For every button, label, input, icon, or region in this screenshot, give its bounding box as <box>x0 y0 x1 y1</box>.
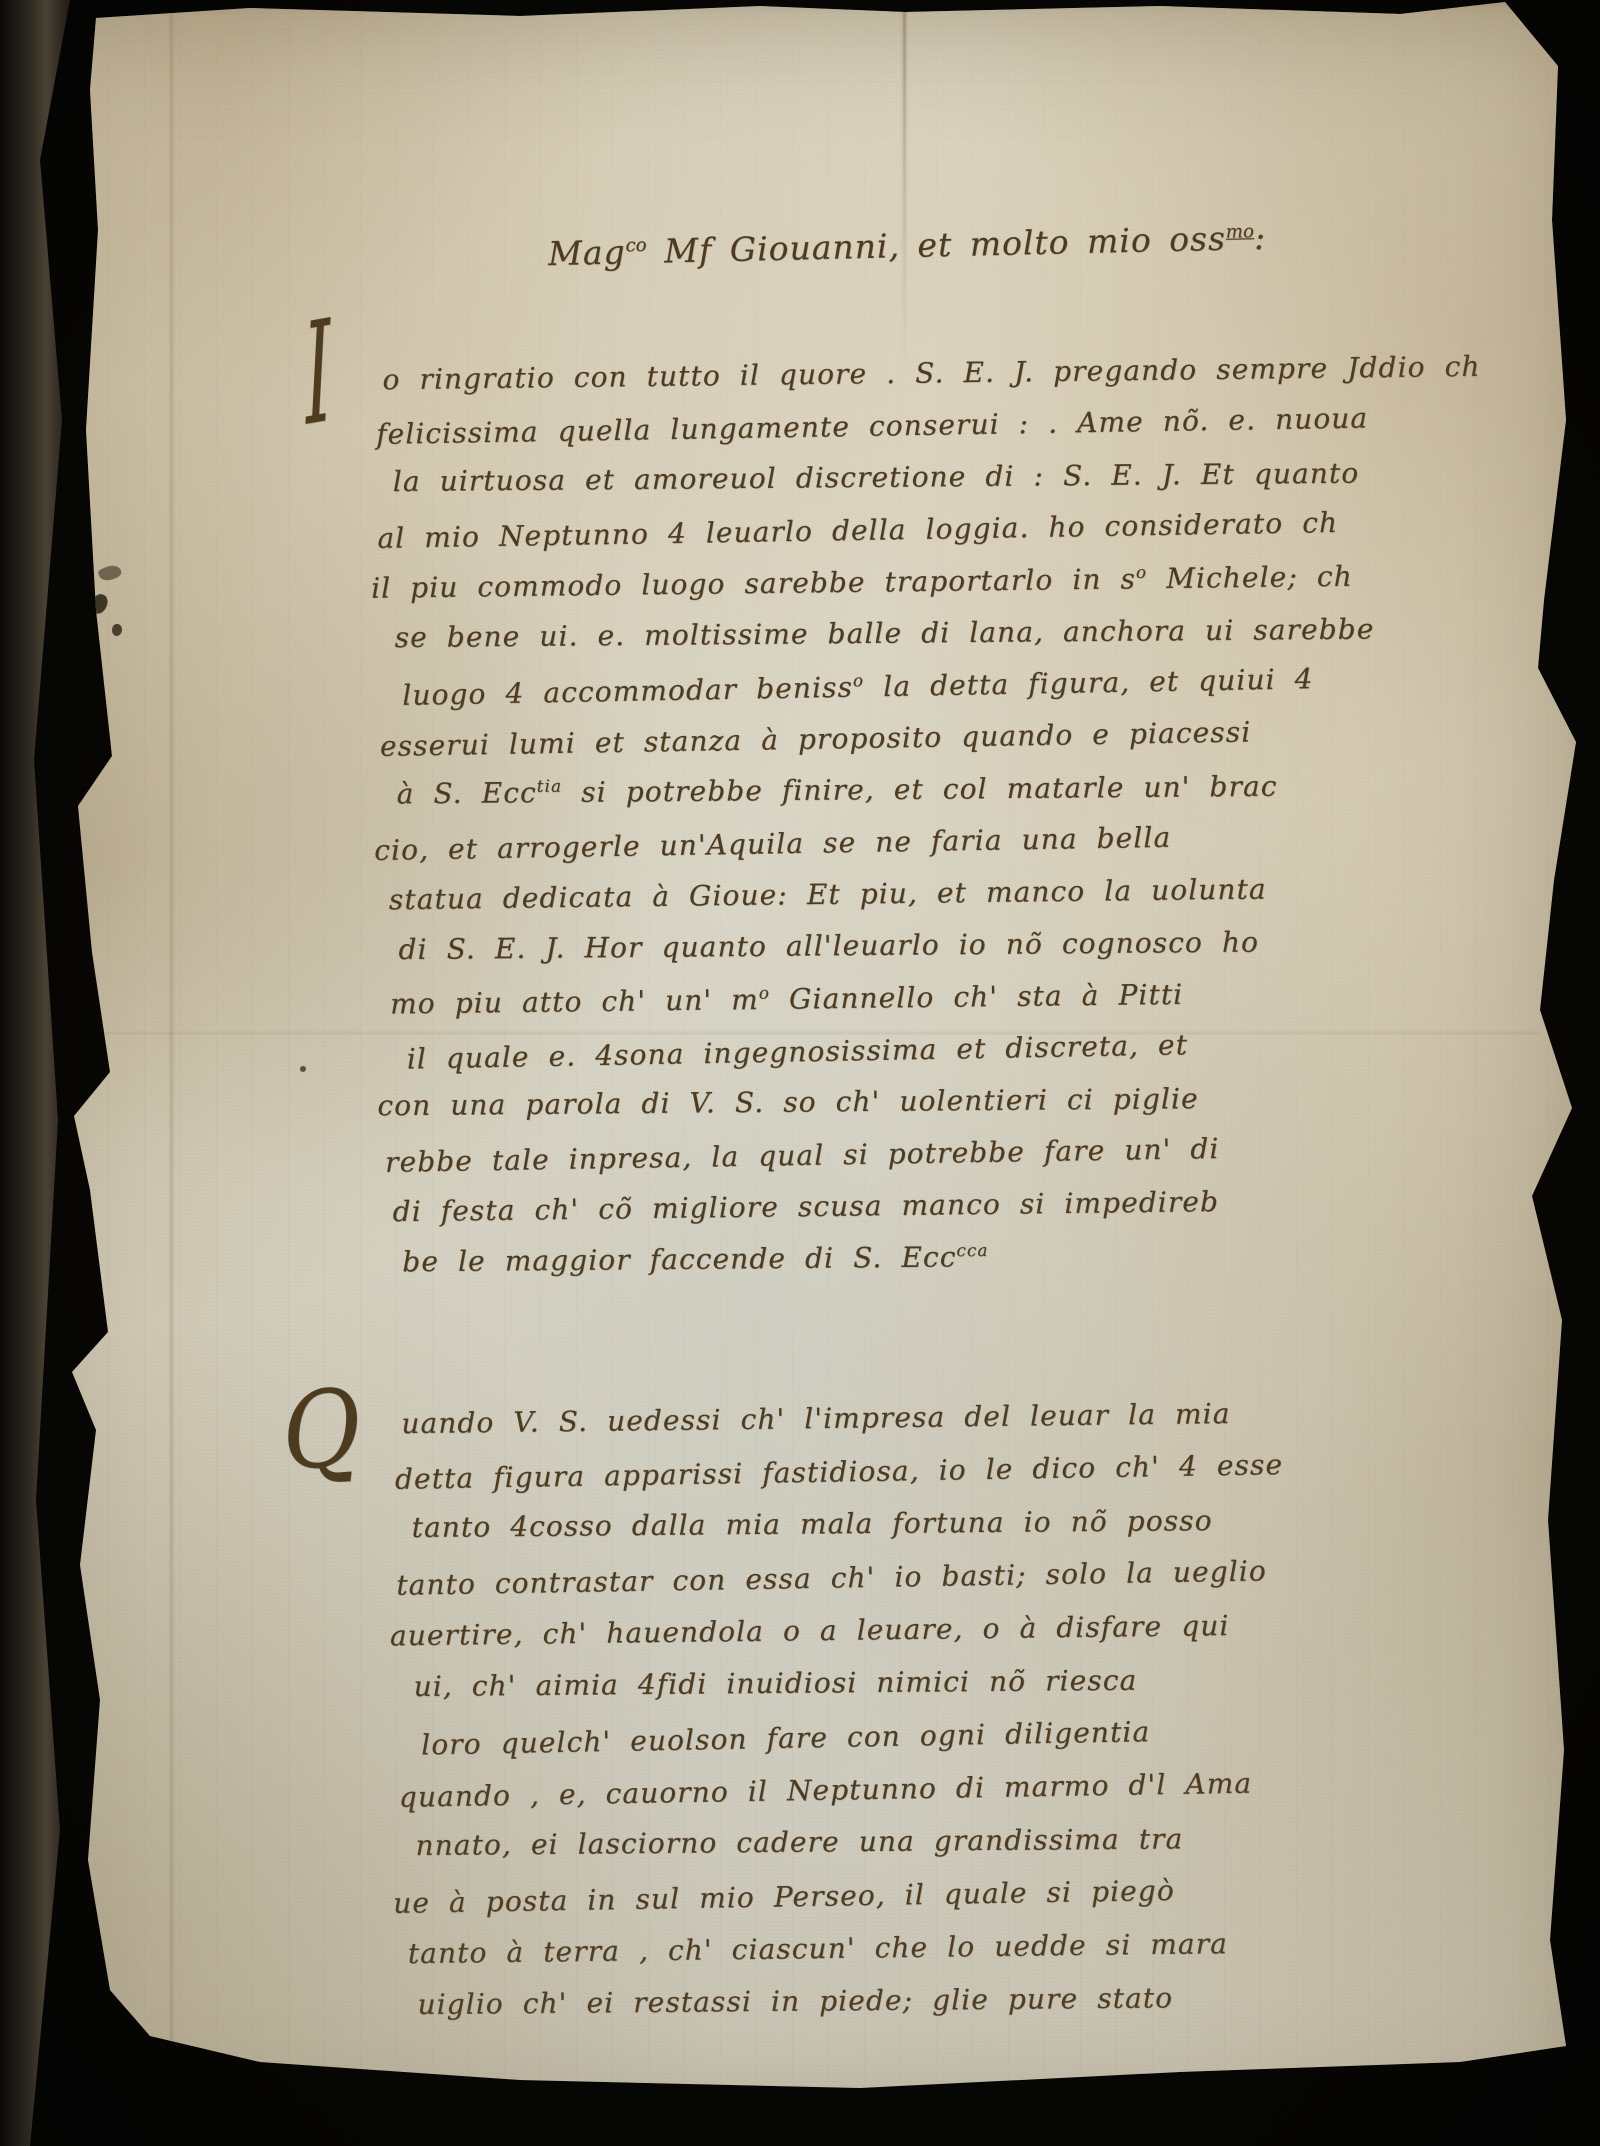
drop-initial: I <box>301 302 334 446</box>
folio-spine-edge <box>0 0 84 2146</box>
paragraph-lines: o ringratio con tutto il quore . S. E. J… <box>382 349 1573 1299</box>
text-line: be le maggior faccende di S. Ecccca <box>402 1235 1573 1297</box>
ink-dot <box>300 1066 306 1072</box>
letter-heading: Magco Mf Giouanni, et molto mio ossmo: <box>548 218 1267 273</box>
paragraph-lines: uando V. S. uedessi ch' l'impresa del le… <box>401 1393 1579 2043</box>
photo-background: Magco Mf Giouanni, et molto mio ossmo: I… <box>0 0 1600 2146</box>
drop-initial: Q <box>279 1374 364 1485</box>
heading-superscript: co <box>625 235 647 256</box>
heading-text: Mf Giouanni, et molto mio oss <box>646 219 1226 271</box>
text-line: uiglio ch' ei restassi in piede; glie pu… <box>417 1978 1578 2041</box>
heading-superscript: mo <box>1226 221 1255 243</box>
manuscript-page: Magco Mf Giouanni, et molto mio ossmo: I… <box>0 0 1600 2146</box>
heading-text: : <box>1254 218 1267 257</box>
vertical-crease <box>903 0 906 370</box>
left-fold-crease <box>170 8 173 2068</box>
ink-blot <box>97 562 123 584</box>
text-line: di S. E. J. Hor quanto all'leuarlo io nõ… <box>398 923 1569 985</box>
heading-text: Mag <box>548 232 626 273</box>
paragraph: uando V. S. uedessi ch' l'impresa del le… <box>401 1393 1579 2043</box>
ink-blot <box>112 624 122 636</box>
ink-blot <box>89 592 109 616</box>
paragraph: o ringratio con tutto il quore . S. E. J… <box>382 349 1573 1299</box>
